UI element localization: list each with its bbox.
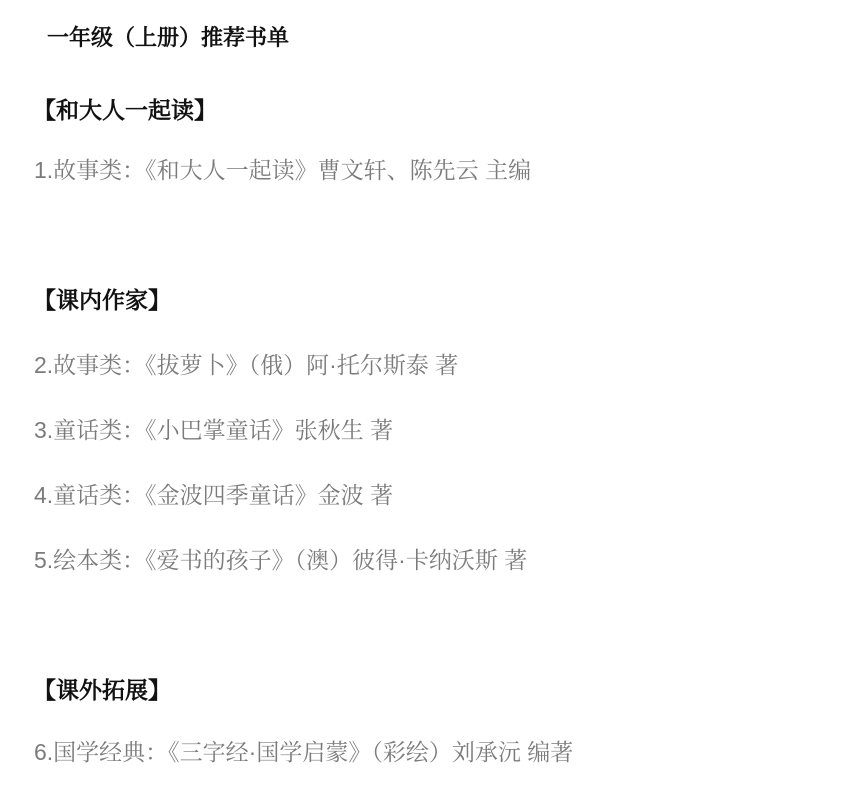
book-item: 2.故事类：《拔萝卜》（俄）阿·托尔斯泰 著 — [34, 353, 458, 377]
book-item: 6.国学经典：《三字经·国学启蒙》（彩绘）刘承沅 编著 — [34, 740, 573, 764]
book-item: 4.童话类：《金波四季童话》金波 著 — [34, 483, 393, 507]
document-page: 一年级（上册）推荐书单 【和大人一起读】 1.故事类：《和大人一起读》曹文轩、陈… — [0, 0, 862, 798]
section-heading-read-with-adults: 【和大人一起读】 — [33, 98, 217, 122]
book-item: 3.童话类：《小巴掌童话》张秋生 著 — [34, 418, 393, 442]
book-item: 5.绘本类：《爱书的孩子》（澳）彼得·卡纳沃斯 著 — [34, 548, 527, 572]
document-title: 一年级（上册）推荐书单 — [47, 26, 289, 50]
book-item: 1.故事类：《和大人一起读》曹文轩、陈先云 主编 — [34, 158, 531, 182]
section-heading-in-class-authors: 【课内作家】 — [33, 288, 171, 312]
document-title-grade: 一年级（上册） — [47, 25, 201, 50]
section-heading-extracurricular: 【课外拓展】 — [33, 678, 171, 702]
document-title-label: 推荐书单 — [201, 25, 289, 51]
